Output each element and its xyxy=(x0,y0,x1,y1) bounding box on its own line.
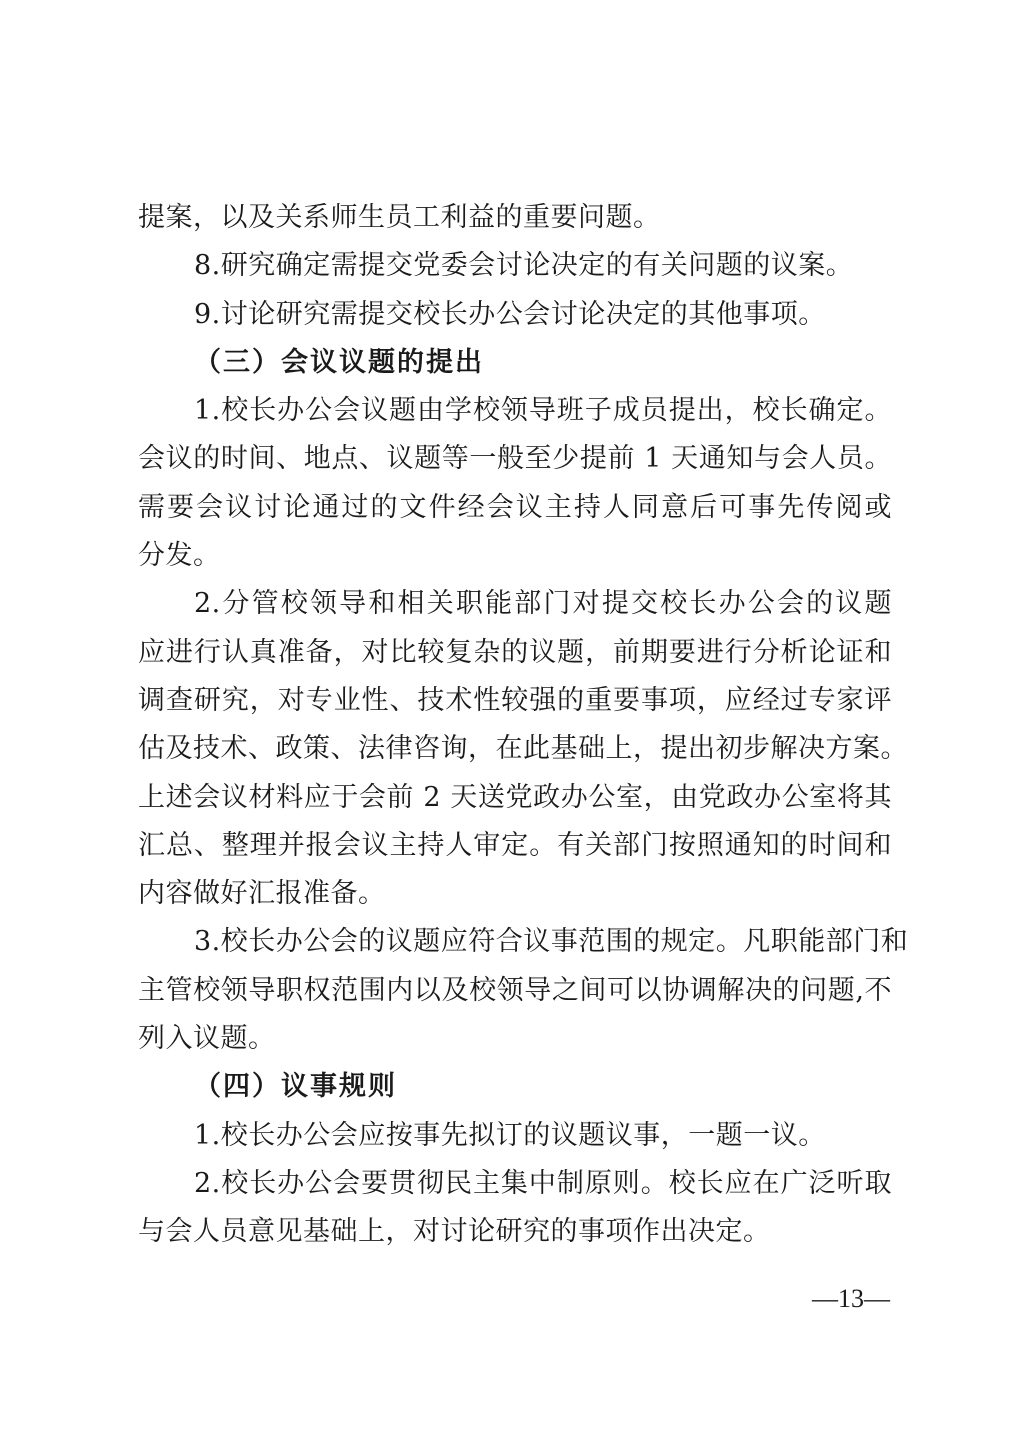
item-8: 8.研究确定需提交党委会讨论决定的有关问题的议案。 xyxy=(138,242,892,290)
paragraph-line: 1.校长办公会议题由学校领导班子成员提出，校长确定。 xyxy=(138,387,892,435)
paragraph-line: 上述会议材料应于会前 2 天送党政办公室，由党政办公室将其 xyxy=(138,774,892,822)
paragraph-line: 2.分管校领导和相关职能部门对提交校长办公会的议题 xyxy=(138,580,892,628)
item-9: 9.讨论研究需提交校长办公会讨论决定的其他事项。 xyxy=(138,291,892,339)
paragraph-line: 汇总、整理并报会议主持人审定。有关部门按照通知的时间和 xyxy=(138,822,892,870)
section-heading-4: （四）议事规则 xyxy=(138,1063,892,1111)
paragraph-3-2: 2.分管校领导和相关职能部门对提交校长办公会的议题 应进行认真准备，对比较复杂的… xyxy=(138,580,892,918)
paragraph-line: 会议的时间、地点、议题等一般至少提前 1 天通知与会人员。 xyxy=(138,435,892,483)
paragraph-line: 列入议题。 xyxy=(138,1015,892,1063)
paragraph-line: 内容做好汇报准备。 xyxy=(138,870,892,918)
paragraph-line: 与会人员意见基础上，对讨论研究的事项作出决定。 xyxy=(138,1208,892,1256)
rule-1: 1.校长办公会应按事先拟订的议题议事，一题一议。 xyxy=(138,1112,892,1160)
paragraph-line: 应进行认真准备，对比较复杂的议题，前期要进行分析论证和 xyxy=(138,629,892,677)
paragraph-line: 2.校长办公会要贯彻民主集中制原则。校长应在广泛听取 xyxy=(138,1160,892,1208)
paragraph-3-1: 1.校长办公会议题由学校领导班子成员提出，校长确定。 会议的时间、地点、议题等一… xyxy=(138,387,892,580)
paragraph-line: 估及技术、政策、法律咨询，在此基础上，提出初步解决方案。 xyxy=(138,725,892,773)
paragraph-continuation-line: 提案，以及关系师生员工利益的重要问题。 xyxy=(138,194,892,242)
paragraph-line: 需要会议讨论通过的文件经会议主持人同意后可事先传阅或 xyxy=(138,484,892,532)
section-heading-3: （三）会议议题的提出 xyxy=(138,339,892,387)
page-number: —13— xyxy=(812,1284,890,1314)
document-page: 提案，以及关系师生员工利益的重要问题。 8.研究确定需提交党委会讨论决定的有关问… xyxy=(138,194,892,1257)
paragraph-line: 分发。 xyxy=(138,532,892,580)
paragraph-line: 主管校领导职权范围内以及校领导之间可以协调解决的问题,不 xyxy=(138,967,892,1015)
paragraph-line: 调查研究，对专业性、技术性较强的重要事项，应经过专家评 xyxy=(138,677,892,725)
rule-2: 2.校长办公会要贯彻民主集中制原则。校长应在广泛听取 与会人员意见基础上，对讨论… xyxy=(138,1160,892,1257)
paragraph-3-3: 3.校长办公会的议题应符合议事范围的规定。凡职能部门和 主管校领导职权范围内以及… xyxy=(138,918,892,1063)
paragraph-line: 3.校长办公会的议题应符合议事范围的规定。凡职能部门和 xyxy=(138,918,892,966)
